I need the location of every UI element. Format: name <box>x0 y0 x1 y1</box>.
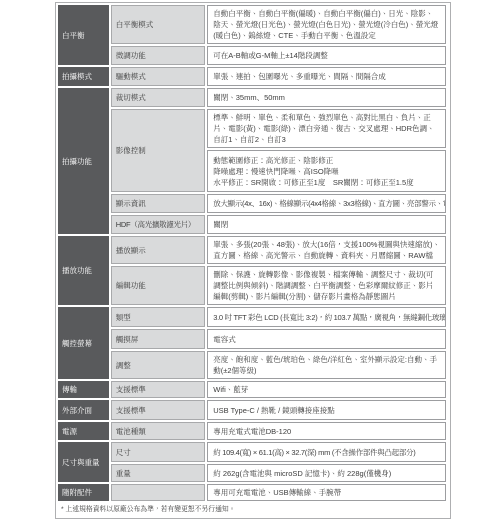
category-cell: 播放功能 <box>58 236 109 305</box>
spec-row: 觸控螢幕類型3.0 吋 TFT 彩色 LCD (長寬比 3:2)，約 103.7… <box>58 307 446 327</box>
spec-row: 調整亮度、飽和度、藍色/琥珀色、綠色/洋紅色、室外顯示設定:自動、手動(±2個等… <box>58 351 446 379</box>
spec-value-cell: 動態範圍修正：高光修正、陰影修正 降噪處理：慢速快門降噪、高ISO降噪 水平修正… <box>207 150 446 192</box>
spec-value-cell: 約 109.4(寬) × 61.1(高) × 32.7(深) mm (不含操作部… <box>207 442 446 462</box>
spec-row: 白平衡白平衡模式自動白平衡、自動白平衡(偏暖)、自動白平衡(偏白)、日光、陰影、… <box>58 5 446 44</box>
spec-label-cell: 播放顯示 <box>111 236 205 264</box>
spec-row: 尺寸與重量尺寸約 109.4(寬) × 61.1(高) × 32.7(深) mm… <box>58 442 446 462</box>
spec-label-cell: 微調功能 <box>111 46 205 65</box>
spec-row: 隨附配件專用可充電電池、USB傳輸線、手腕帶 <box>58 484 446 500</box>
spec-row: 外部介面支援標準USB Type-C / 熱靴 / 鏡頭轉接座接點 <box>58 400 446 420</box>
spec-label-cell: 顯示資訊 <box>111 194 205 213</box>
spec-value-cell: 電容式 <box>207 329 446 349</box>
spec-label-cell: 影像控制 <box>111 109 205 192</box>
spec-table: 白平衡白平衡模式自動白平衡、自動白平衡(偏暖)、自動白平衡(偏白)、日光、陰影、… <box>56 3 448 500</box>
spec-label-cell: 調整 <box>111 351 205 379</box>
spec-row: 顯示資訊放大顯示(4x、16x)、格線顯示(4x4格線、3x3格線)、直方圖、亮… <box>58 194 446 213</box>
category-cell: 拍攝功能 <box>58 88 109 234</box>
spec-value-cell: 亮度、飽和度、藍色/琥珀色、綠色/洋紅色、室外顯示設定:自動、手動(±2個等級) <box>207 351 446 379</box>
spec-value-cell: Wifi、藍芽 <box>207 381 446 398</box>
spec-label-cell: 支援標準 <box>111 381 205 398</box>
spec-row: 重量約 262g(含電池與 microSD 記憶卡)、約 228g(僅機身) <box>58 464 446 482</box>
spec-row: 影像控制標準、鮮明、單色、柔和單色、強烈單色、高對比黑白、負片、正片、電影(黃)… <box>58 109 446 148</box>
spec-label-cell: 編輯功能 <box>111 266 205 305</box>
spec-row: 播放功能播放顯示單張、多張(20張、48張)、放大(16倍，支援100%視圖與快… <box>58 236 446 264</box>
spec-label-cell: 支援標準 <box>111 400 205 420</box>
spec-label-cell: 驅動模式 <box>111 67 205 86</box>
spec-value-cell: USB Type-C / 熱靴 / 鏡頭轉接座接點 <box>207 400 446 420</box>
spec-label-cell: 裁切模式 <box>111 88 205 107</box>
spec-value-cell: 約 262g(含電池與 microSD 記憶卡)、約 228g(僅機身) <box>207 464 446 482</box>
spec-label-cell: 電池種類 <box>111 422 205 440</box>
spec-label-cell: 類型 <box>111 307 205 327</box>
category-cell: 電源 <box>58 422 109 440</box>
spec-table-container: 白平衡白平衡模式自動白平衡、自動白平衡(偏暖)、自動白平衡(偏白)、日光、陰影、… <box>55 2 451 500</box>
spec-row: HDF（高光擴散濾光片）關閉 <box>58 215 446 234</box>
spec-value-cell: 刪除、保護、旋轉影像、影像複製、檔案傳輸、調整尺寸、裁切(可調整比例與傾斜)、階… <box>207 266 446 305</box>
category-cell: 觸控螢幕 <box>58 307 109 379</box>
spec-row: 拍攝功能裁切模式關閉、35mm、50mm <box>58 88 446 107</box>
spec-row: 傳輸支援標準Wifi、藍芽 <box>58 381 446 398</box>
spec-row: 微調功能可在A-B軸或G-M軸上±14階段調整 <box>58 46 446 65</box>
spec-label-cell: 尺寸 <box>111 442 205 462</box>
spec-label-cell: 白平衡模式 <box>111 5 205 44</box>
category-cell: 傳輸 <box>58 381 109 398</box>
spec-value-cell: 單張、連拍、包圍曝光、多重曝光、間隔、間隔合成 <box>207 67 446 86</box>
category-cell: 拍攝模式 <box>58 67 109 86</box>
category-cell: 外部介面 <box>58 400 109 420</box>
spec-value-cell: 單張、多張(20張、48張)、放大(16倍，支援100%視圖與快速縮放)、直方圖… <box>207 236 446 264</box>
spec-value-cell: 3.0 吋 TFT 彩色 LCD (長寬比 3:2)，約 103.7 萬點，廣視… <box>207 307 446 327</box>
spec-label-cell: HDF（高光擴散濾光片） <box>111 215 205 234</box>
spec-label-cell <box>111 484 205 500</box>
spec-row: 拍攝模式驅動模式單張、連拍、包圍曝光、多重曝光、間隔、間隔合成 <box>58 67 446 86</box>
spec-value-cell: 放大顯示(4x、16x)、格線顯示(4x4格線、3x3格線)、直方圖、亮部警示、… <box>207 194 446 213</box>
category-cell: 尺寸與重量 <box>58 442 109 482</box>
spec-label-cell: 觸摸屏 <box>111 329 205 349</box>
spec-value-cell: 專用可充電電池、USB傳輸線、手腕帶 <box>207 484 446 500</box>
category-cell: 白平衡 <box>58 5 109 65</box>
spec-value-cell: 自動白平衡、自動白平衡(偏暖)、自動白平衡(偏白)、日光、陰影、陰天、螢光燈(日… <box>207 5 446 44</box>
category-cell: 隨附配件 <box>58 484 109 500</box>
spec-label-cell: 重量 <box>111 464 205 482</box>
spec-value-cell: 專用充電式電池DB-120 <box>207 422 446 440</box>
spec-row: 電源電池種類專用充電式電池DB-120 <box>58 422 446 440</box>
spec-row: 觸摸屏電容式 <box>58 329 446 349</box>
spec-value-cell: 可在A-B軸或G-M軸上±14階段調整 <box>207 46 446 65</box>
spec-value-cell: 關閉、35mm、50mm <box>207 88 446 107</box>
spec-value-cell: 關閉 <box>207 215 446 234</box>
spec-row: 編輯功能刪除、保護、旋轉影像、影像複製、檔案傳輸、調整尺寸、裁切(可調整比例與傾… <box>58 266 446 305</box>
spec-value-cell: 標準、鮮明、單色、柔和單色、強烈單色、高對比黑白、負片、正片、電影(黃)、電影(… <box>207 109 446 148</box>
